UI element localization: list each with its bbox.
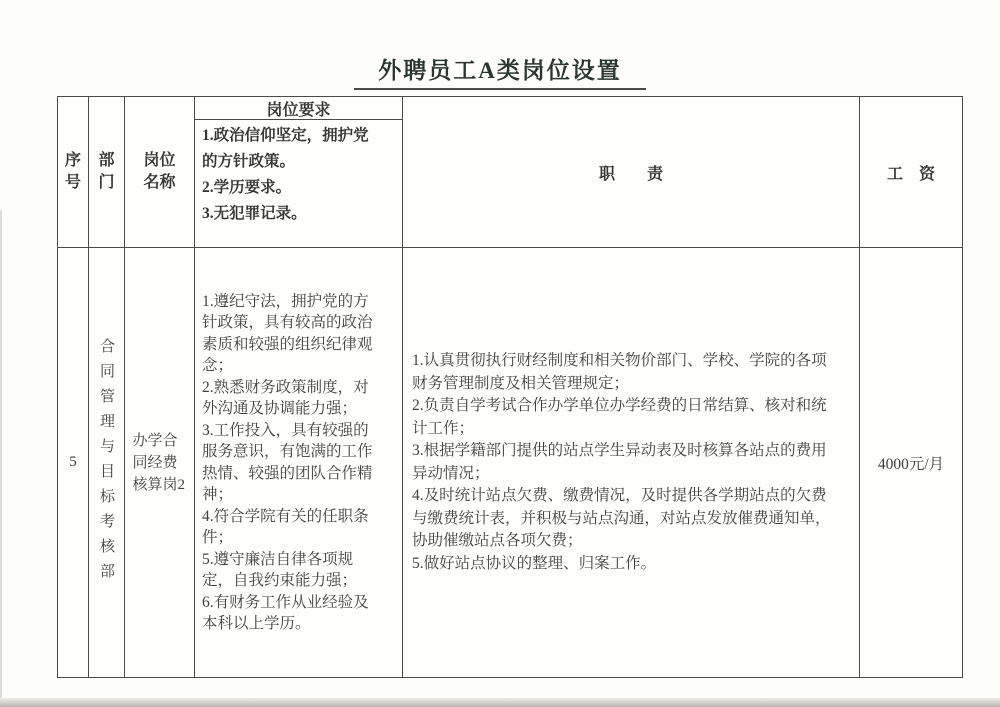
text-line: 5.做好站点协议的整理、归案工作。 [412,553,656,576]
header-requirements-rules: 1.政治信仰坚定，拥护党的方针政策。2.学历要求。3.无犯罪记录。 [195,120,403,248]
header-position: 岗位名称 [125,97,195,248]
row-duties: 1.认真贯彻执行财经制度和相关物价部门、学校、学院的各项财务管理制度及相关管理规… [403,248,860,677]
position-value: 办学合同经费核算岗2 [133,430,187,496]
header-duties: 职 责 [403,97,860,248]
text-line: 5.遵守廉洁自律各项规定，自我约束能力强； [202,549,377,592]
row-salary: 4000元/月 [860,248,962,677]
page-title-text: 外聘员工A类岗位设置 [354,52,646,90]
header-requirements-label: 岗位要求 [266,97,330,120]
text-line: 3.根据学籍部门提供的站点学生异动表及时核算各站点的费用异动情况； [412,440,831,485]
header-serial-label: 序号 [65,150,82,194]
department-value: 合同管理与目标考核部 [96,338,117,588]
row-position: 办学合同经费核算岗2 [125,248,195,677]
header-serial: 序号 [58,97,89,248]
text-line: 1.认真贯彻执行财经制度和相关物价部门、学校、学院的各项财务管理制度及相关管理规… [412,350,831,395]
serial-value: 5 [69,454,77,471]
text-line: 4.及时统计站点欠费、缴费情况，及时提供各学期站点的欠费与缴费统计表，并积极与站… [412,485,831,553]
header-requirements: 岗位要求 [195,97,403,120]
text-line: 2.学历要求。 [202,175,384,201]
text-line: 3.无犯罪记录。 [202,201,384,227]
row-requirements: 1.遵纪守法，拥护党的方针政策，具有较高的政治素质和较强的组织纪律观念；2.熟悉… [195,248,403,677]
page-title: 外聘员工A类岗位设置 [0,52,1000,90]
text-line: 3.工作投入，具有较强的服务意识，有饱满的工作热情、较强的团队合作精神； [202,420,377,506]
salary-value: 4000元/月 [878,452,944,474]
header-position-label: 岗位名称 [143,150,177,194]
text-line: 2.负责自学考试合作办学单位办学经费的日常结算、核对和统计工作； [412,395,831,440]
scan-edge-left [0,210,2,698]
text-line: 1.政治信仰坚定，拥护党的方针政策。 [202,123,384,175]
positions-table: 序号 部门 岗位名称 岗位要求 1.政治信仰坚定，拥护党的方针政策。2.学历要求… [57,96,963,678]
header-duties-label: 职 责 [599,161,663,184]
row-serial: 5 [58,248,89,677]
text-line: 2.熟悉财务政策制度，对外沟通及协调能力强； [202,377,377,420]
header-department-label: 部门 [98,150,115,194]
scan-edge-bottom [0,698,1000,707]
header-department: 部门 [89,97,125,248]
text-line: 6.有财务工作从业经验及本科以上学历。 [202,592,377,635]
row-department: 合同管理与目标考核部 [89,248,125,677]
text-line: 1.遵纪守法，拥护党的方针政策，具有较高的政治素质和较强的组织纪律观念； [202,291,377,377]
header-salary-label: 工 资 [887,161,935,184]
text-line: 4.符合学院有关的任职条件； [202,506,377,549]
header-salary: 工 资 [860,97,962,248]
